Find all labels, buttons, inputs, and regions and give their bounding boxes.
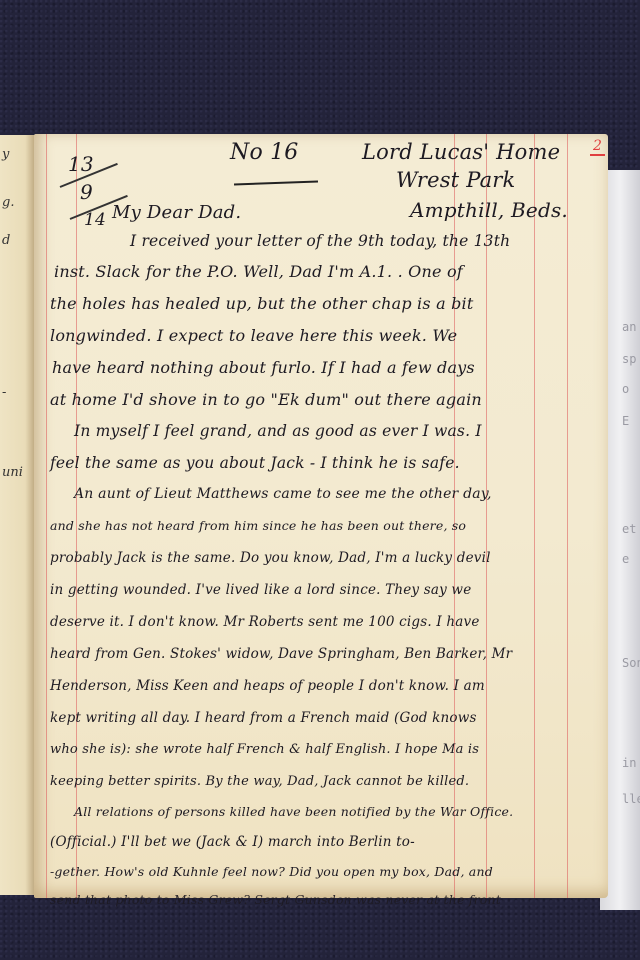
body-line: kept writing all day. I heard from a Fre… bbox=[50, 710, 477, 726]
body-line: at home I'd shove in to go "Ek dum" out … bbox=[50, 390, 482, 409]
body-line: and she has not heard from him since he … bbox=[50, 518, 466, 533]
left-facing-page: y g. d - uni bbox=[0, 135, 38, 895]
margin-rule bbox=[46, 134, 47, 898]
address-line-1: Lord Lucas' Home bbox=[362, 140, 560, 164]
date-year: 14 bbox=[84, 210, 106, 230]
page-marker: 2 bbox=[590, 138, 605, 156]
letter-number: No 16 bbox=[230, 140, 298, 165]
body-line: deserve it. I don't know. Mr Roberts sen… bbox=[50, 614, 480, 630]
body-line: probably Jack is the same. Do you know, … bbox=[50, 550, 491, 566]
letter-number-underline bbox=[234, 181, 318, 186]
left-page-fragment: g. bbox=[2, 195, 14, 210]
date-month: 9 bbox=[80, 180, 93, 204]
typed-fragment: in bbox=[622, 756, 636, 770]
column-rule bbox=[534, 134, 535, 898]
typed-fragment: an bbox=[622, 320, 636, 334]
date-day: 13 bbox=[68, 152, 94, 176]
typed-fragment: E bbox=[622, 414, 629, 428]
body-line: keeping better spirits. By the way, Dad,… bbox=[50, 774, 469, 789]
body-line: All relations of persons killed have bee… bbox=[74, 804, 513, 819]
left-page-fragment: d bbox=[2, 233, 10, 248]
typed-fragment: e bbox=[622, 552, 629, 566]
typed-fragment: o bbox=[622, 382, 629, 396]
body-line: longwinded. I expect to leave here this … bbox=[50, 326, 457, 345]
typed-fragment: sp bbox=[622, 352, 636, 366]
body-line: who she is): she wrote half French & hal… bbox=[50, 742, 479, 757]
body-line: I received your letter of the 9th today,… bbox=[130, 232, 510, 250]
body-line: in getting wounded. I've lived like a lo… bbox=[50, 582, 471, 598]
body-line: (Official.) I'll bet we (Jack & I) march… bbox=[50, 834, 415, 850]
address-line-3: Ampthill, Beds. bbox=[410, 198, 568, 222]
body-line: feel the same as you about Jack - I thin… bbox=[50, 454, 460, 472]
letter-page: 2 No 16 13 9 14 Lord Lucas' Home Wrest P… bbox=[34, 134, 608, 898]
body-line: In myself I feel grand, and as good as e… bbox=[74, 422, 482, 440]
body-line: heard from Gen. Stokes' widow, Dave Spri… bbox=[50, 646, 512, 662]
salutation: My Dear Dad. bbox=[112, 202, 241, 223]
body-line: Henderson, Miss Keen and heaps of people… bbox=[50, 678, 485, 694]
typed-fragment: Son bbox=[622, 656, 640, 670]
body-line: inst. Slack for the P.O. Well, Dad I'm A… bbox=[54, 262, 463, 281]
left-page-fragment: y bbox=[2, 147, 9, 162]
body-line: send that photo to Miss Grew? Sergt Guns… bbox=[50, 892, 501, 907]
left-page-fragment: uni bbox=[2, 465, 23, 480]
column-rule bbox=[567, 134, 568, 898]
typed-fragment: et bbox=[622, 522, 636, 536]
left-page-fragment: - bbox=[2, 385, 6, 400]
body-line: the holes has healed up, but the other c… bbox=[50, 294, 473, 313]
body-line: have heard nothing about furlo. If I had… bbox=[52, 358, 475, 377]
body-line: An aunt of Lieut Matthews came to see me… bbox=[74, 486, 492, 502]
typed-fragment: lle bbox=[622, 792, 640, 806]
body-line: -gether. How's old Kuhnle feel now? Did … bbox=[50, 864, 493, 879]
address-line-2: Wrest Park bbox=[396, 168, 515, 192]
